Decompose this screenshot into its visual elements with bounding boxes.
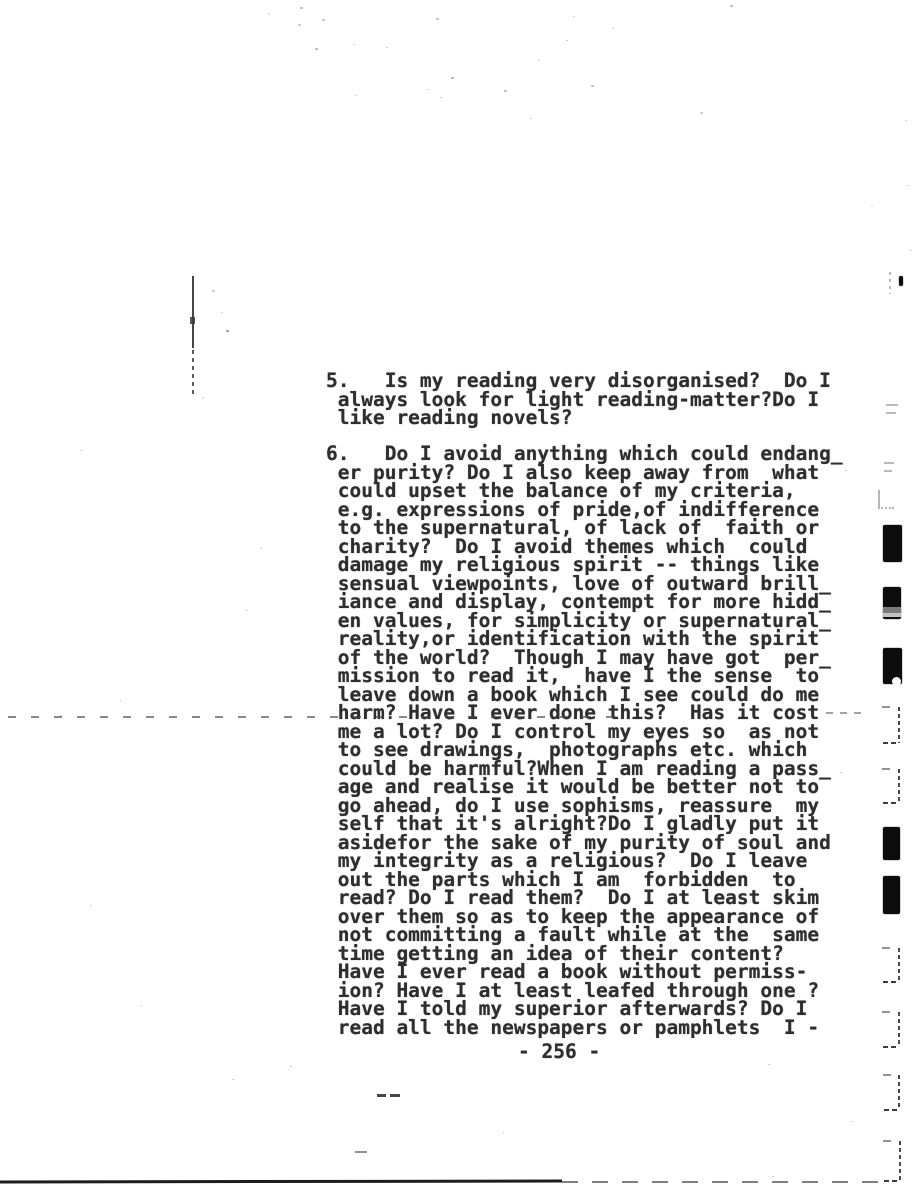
binding-mark-bracket: [884, 1074, 900, 1111]
noise-speck: [300, 7, 303, 9]
noise-speck: [232, 1079, 234, 1080]
bottom-scan-line: [0, 1180, 562, 1183]
binding-mark-bracket: [883, 706, 900, 744]
noise-speck: [260, 548, 262, 549]
noise-speck: [80, 450, 82, 451]
noise-speck: [315, 48, 318, 50]
binding-mark-blob: [883, 525, 902, 562]
noise-speck: [768, 1064, 770, 1065]
noise-speck: [322, 19, 325, 21]
noise-speck: [730, 5, 733, 7]
noise-speck: [355, 95, 357, 96]
binding-mark-faint: [889, 272, 891, 294]
noise-speck: [140, 1005, 142, 1006]
noise-speck: [772, 1176, 774, 1177]
noise-speck: [246, 610, 248, 611]
binding-mark-blob: [883, 587, 901, 619]
noise-speck: [120, 700, 122, 701]
binding-mark-blob: [899, 276, 903, 286]
noise-speck: [566, 40, 568, 41]
noise-speck: [502, 1132, 504, 1133]
noise-speck: [353, 44, 355, 45]
noise-speck: [226, 330, 229, 332]
binding-mark-faint: [884, 470, 892, 472]
binding-mark-faint: [878, 490, 894, 509]
binding-mark-bracket: [884, 1140, 901, 1182]
noise-speck: [910, 250, 912, 251]
binding-mark-blob: [883, 827, 900, 860]
paragraph-5: 5. Is my reading very disorganised? Do I…: [326, 372, 831, 428]
noise-speck: [90, 905, 92, 906]
binding-mark-faint: [884, 462, 894, 464]
noise-speck: [851, 1121, 853, 1122]
noise-speck: [871, 205, 873, 206]
noise-speck: [840, 772, 842, 773]
noise-speck: [427, 89, 429, 90]
bottom-scan-line-dashes: [562, 1181, 880, 1183]
noise-speck: [504, 90, 507, 92]
noise-speck: [451, 77, 454, 79]
noise-speck: [60, 715, 62, 716]
noise-speck: [905, 120, 907, 121]
noise-speck: [298, 24, 301, 26]
binding-mark-blob: [883, 648, 902, 684]
noise-speck: [221, 312, 223, 313]
left-margin-line: [192, 276, 194, 348]
noise-speck: [700, 112, 703, 114]
noise-speck: [440, 97, 442, 98]
stray-dash: [355, 1151, 367, 1153]
typed-line: read all the newspapers or pamphlets I -: [326, 1019, 843, 1038]
scanned-page: 5. Is my reading very disorganised? Do I…: [0, 0, 924, 1191]
noise-speck: [530, 118, 532, 119]
left-margin-line-dashes: [192, 350, 194, 398]
noise-speck: [907, 185, 909, 186]
dashed-strike-line-right: [826, 712, 862, 714]
noise-speck: [436, 18, 439, 20]
binding-mark-bracket: [883, 947, 900, 983]
binding-mark-bracket: [883, 1011, 900, 1048]
noise-speck: [212, 290, 215, 292]
dashed-strike-line: [8, 716, 622, 718]
left-margin-line-nub: [190, 317, 195, 324]
page-number: - 256 -: [518, 1042, 600, 1061]
noise-speck: [845, 470, 847, 471]
noise-speck: [538, 60, 540, 61]
typed-line: like reading novels?: [326, 409, 831, 428]
binding-mark-faint: [886, 412, 896, 414]
noise-speck: [268, 13, 270, 14]
binding-mark-faint: [886, 404, 898, 406]
noise-speck: [612, 28, 614, 29]
noise-speck: [591, 85, 594, 87]
noise-speck: [290, 1066, 292, 1067]
noise-speck: [202, 397, 204, 398]
noise-speck: [386, 47, 388, 48]
binding-mark-blob: [883, 876, 900, 914]
binding-mark-bracket: [883, 768, 900, 804]
paragraph-6: 6. Do I avoid anything which could endan…: [326, 445, 843, 1037]
noise-speck: [573, 16, 575, 17]
stray-double-dash: [377, 1094, 400, 1097]
